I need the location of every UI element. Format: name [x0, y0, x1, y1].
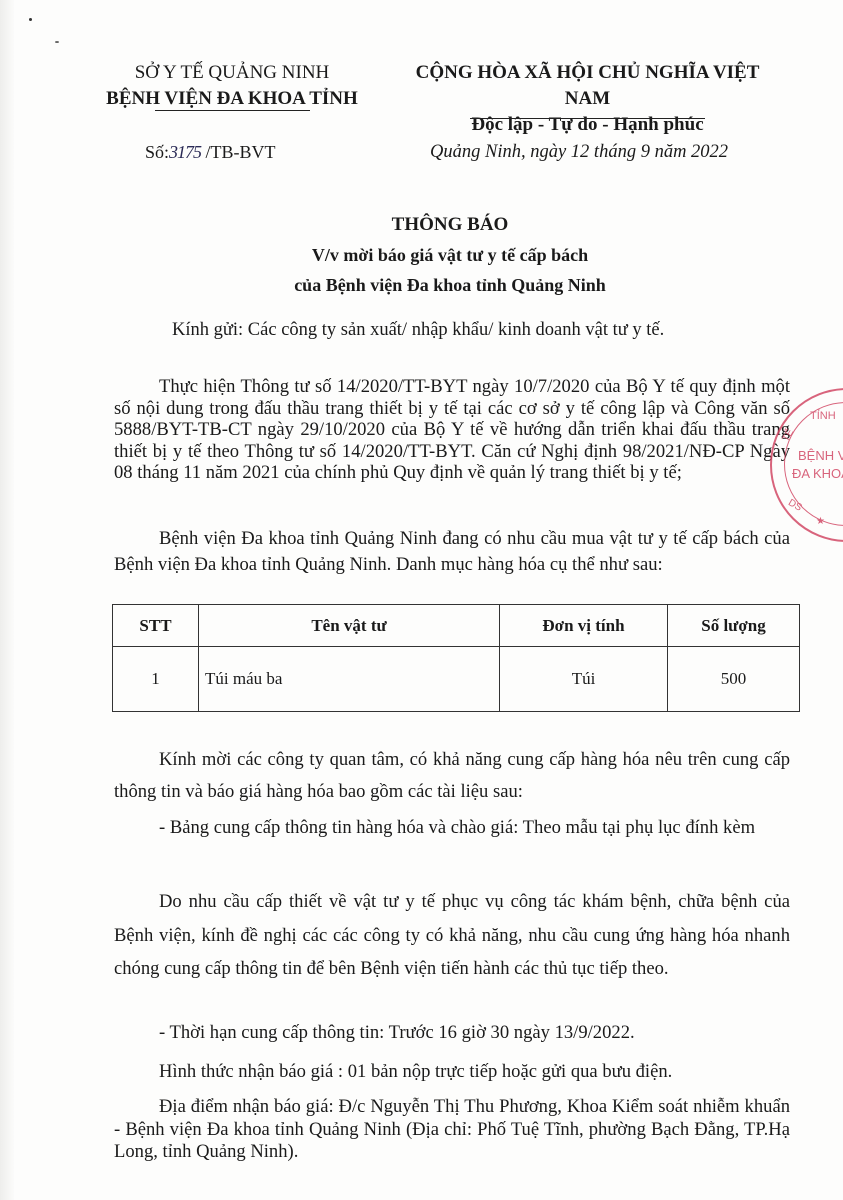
title-main: THÔNG BÁO	[150, 210, 750, 240]
col-header-stt: STT	[113, 605, 199, 647]
title-subject: V/v mời báo giá vật tư y tế cấp bách	[150, 240, 750, 270]
notice-title: THÔNG BÁO V/v mời báo giá vật tư y tế cấ…	[150, 210, 750, 300]
cell-quantity: 500	[668, 647, 800, 712]
doc-number-handwritten: 3175	[169, 142, 201, 162]
agency-underline	[155, 110, 310, 111]
urgency-paragraph: Do nhu cầu cấp thiết về vật tư y tế phục…	[114, 885, 790, 986]
table-row: 1 Túi máu ba Túi 500	[113, 647, 800, 712]
parent-agency: SỞ Y TẾ QUẢNG NINH	[100, 60, 364, 86]
invitation-paragraph: Kính mời các công ty quan tâm, có khả nă…	[114, 744, 790, 808]
stamp-top-text: TỈNH	[810, 410, 836, 422]
recipient-line: Kính gửi: Các công ty sản xuất/ nhập khẩ…	[172, 318, 664, 342]
motto-underline	[470, 118, 705, 119]
col-header-quantity: Số lượng	[668, 605, 800, 647]
cell-unit: Túi	[500, 647, 668, 712]
stamp-star-icon: ★	[816, 516, 825, 527]
motto: Độc lập - Tự do - Hạnh phúc	[395, 112, 780, 138]
doc-number-label: Số:	[145, 142, 169, 162]
title-subject-2: của Bệnh viện Đa khoa tỉnh Quảng Ninh	[150, 270, 750, 300]
scan-edge	[0, 0, 14, 1200]
submission-location-paragraph: Địa điểm nhận báo giá: Đ/c Nguyễn Thị Th…	[114, 1096, 790, 1164]
doc-number-suffix: /TB-BVT	[206, 142, 276, 162]
required-docs-paragraph: - Bảng cung cấp thông tin hàng hóa và ch…	[114, 812, 790, 844]
submission-method-paragraph: Hình thức nhận báo giá : 01 bản nộp trực…	[114, 1057, 790, 1087]
scan-speck	[29, 18, 32, 21]
cell-item-name: Túi máu ba	[199, 647, 500, 712]
col-header-item-name: Tên vật tư	[199, 605, 500, 647]
scan-speck	[55, 41, 59, 43]
document-number: Số:3175 /TB-BVT	[145, 140, 276, 164]
issuing-agency: SỞ Y TẾ QUẢNG NINH BỆNH VIỆN ĐA KHOA TỈN…	[100, 60, 364, 112]
table-header-row: STT Tên vật tư Đơn vị tính Số lượng	[113, 605, 800, 647]
stamp-line-2: ĐA KHOA T	[792, 466, 843, 481]
cell-stt: 1	[113, 647, 199, 712]
deadline-paragraph: - Thời hạn cung cấp thông tin: Trước 16 …	[114, 1018, 790, 1048]
hospital-name: BỆNH VIỆN ĐA KHOA TỈNH	[100, 86, 364, 112]
place-and-date: Quảng Ninh, ngày 12 tháng 9 năm 2022	[430, 140, 728, 164]
items-table: STT Tên vật tư Đơn vị tính Số lượng 1 Tú…	[112, 604, 800, 712]
national-motto: CỘNG HÒA XÃ HỘI CHỦ NGHĨA VIỆT NAM Độc l…	[395, 60, 780, 138]
stamp-line-1: BỆNH VIỆ	[798, 448, 843, 463]
legal-basis-paragraph: Thực hiện Thông tư số 14/2020/TT-BYT ngà…	[114, 376, 790, 484]
col-header-unit: Đơn vị tính	[500, 605, 668, 647]
country-name: CỘNG HÒA XÃ HỘI CHỦ NGHĨA VIỆT NAM	[395, 60, 780, 112]
need-paragraph: Bệnh viện Đa khoa tỉnh Quảng Ninh đang c…	[114, 526, 790, 578]
